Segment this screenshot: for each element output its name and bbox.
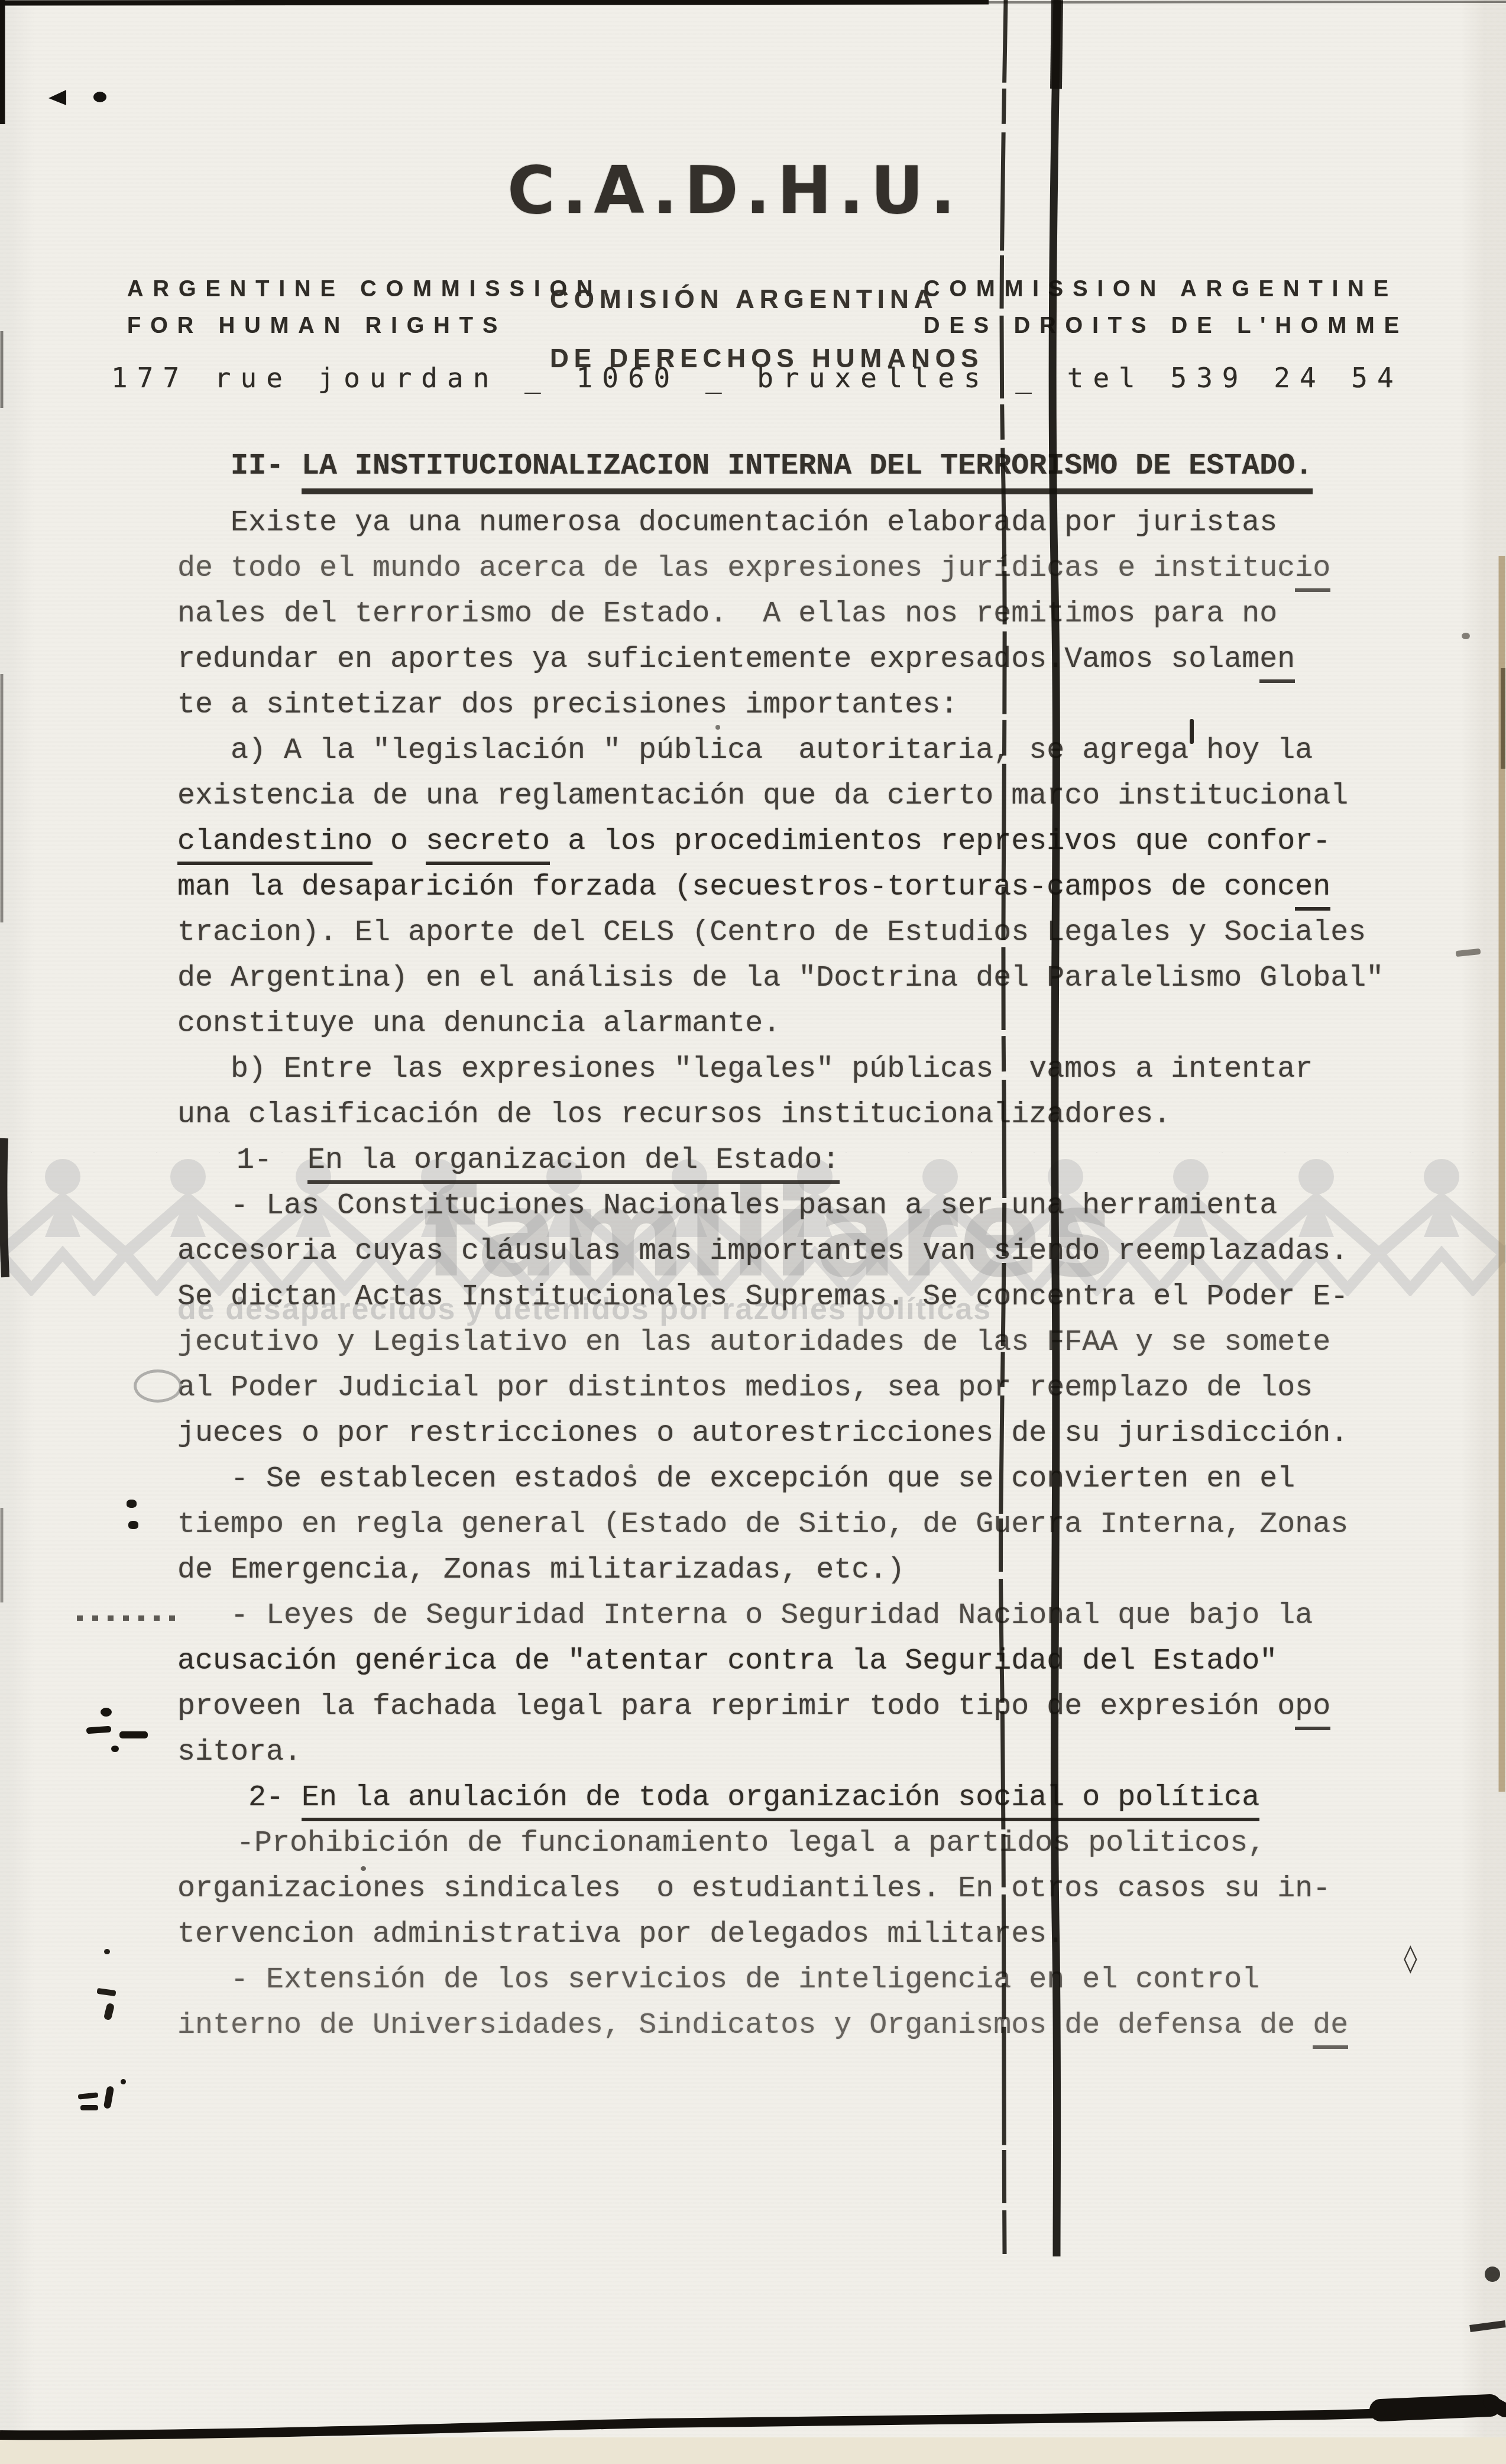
text-segment: de todo el mundo acerca de las expresion… — [177, 552, 1295, 585]
text-line: acusación genérica de "atentar contra la… — [177, 1644, 1277, 1678]
text-line: jueces o por restricciones o autorestric… — [177, 1417, 1348, 1450]
text-line: de todo el mundo acerca de las expresion… — [177, 552, 1330, 585]
text-segment: Se dictan Actas Institucionales Supremas… — [177, 1280, 1348, 1314]
text-segment: organizaciones sindicales o estudiantile… — [177, 1872, 1330, 1906]
text-segment: proveen la fachada legal para reprimir t… — [177, 1690, 1295, 1724]
text-segment: jueces o por restricciones o autorestric… — [177, 1417, 1348, 1450]
text-line: nales del terrorismo de Estado. A ellas … — [177, 597, 1277, 631]
text-line: tiempo en regla general (Estado de Sitio… — [177, 1508, 1348, 1542]
text-line: proveen la fachada legal para reprimir t… — [177, 1690, 1330, 1724]
document-body: II- LA INSTITUCIONALIZACION INTERNA DEL … — [0, 0, 1506, 2464]
underlined-text: En la anulación de toda organización soc… — [302, 1781, 1259, 1821]
text-segment: II- — [231, 449, 302, 483]
text-line: Se dictan Actas Institucionales Supremas… — [177, 1280, 1348, 1314]
text-segment: jecutivo y Legislativo en las autoridade… — [177, 1326, 1330, 1359]
text-segment: Existe ya una numerosa documentación ela… — [231, 506, 1277, 540]
text-segment: tervencion administrativa por delegados … — [177, 1918, 1064, 1951]
text-line: b) Entre las expresiones "legales" públi… — [231, 1053, 1313, 1086]
text-line: sitora. — [177, 1736, 302, 1769]
text-line: al Poder Judicial por distintos medios, … — [177, 1371, 1313, 1405]
text-line: una clasificación de los recursos instit… — [177, 1098, 1171, 1132]
underlined-text: io — [1295, 552, 1330, 592]
text-segment: existencia de una reglamentación que da … — [177, 779, 1348, 813]
underlined-text: en — [1259, 643, 1295, 683]
text-segment: de Emergencia, Zonas militarizadas, etc.… — [177, 1553, 905, 1587]
text-line: clandestino o secreto a los procedimient… — [177, 825, 1330, 859]
text-line: tervencion administrativa por delegados … — [177, 1918, 1064, 1951]
text-segment: interno de Universidades, Sindicatos y O… — [177, 2009, 1313, 2042]
text-line: accesoria cuyas cláusulas mas importante… — [177, 1235, 1348, 1268]
text-line: 1- En la organizacion del Estado: — [237, 1144, 840, 1177]
text-segment: tiempo en regla general (Estado de Sitio… — [177, 1508, 1348, 1542]
text-line: jecutivo y Legislativo en las autoridade… — [177, 1326, 1330, 1359]
text-line: a) A la "legislación " pública autoritar… — [231, 734, 1313, 768]
text-line: - Leyes de Seguridad Interna o Seguridad… — [231, 1599, 1313, 1633]
text-line: - Se establecen estados de excepción que… — [231, 1462, 1295, 1496]
text-line: constituye una denuncia alarmante. — [177, 1007, 780, 1041]
text-line: tracion). El aporte del CELS (Centro de … — [177, 916, 1366, 950]
text-segment: redundar en aportes ya suficientemente e… — [177, 643, 1259, 676]
underlined-text: po — [1295, 1690, 1330, 1730]
text-segment: -Prohibición de funcionamiento legal a p… — [237, 1827, 1265, 1860]
text-segment: man la desaparición forzada (secuestros-… — [177, 870, 1295, 904]
text-line: Existe ya una numerosa documentación ela… — [231, 506, 1277, 540]
text-line: de Argentina) en el análisis de la "Doct… — [177, 961, 1384, 995]
underlined-text: En la organizacion del Estado: — [307, 1144, 840, 1184]
text-line: - Extensión de los servicios de intelige… — [231, 1963, 1259, 1997]
text-segment: - Leyes de Seguridad Interna o Seguridad… — [231, 1599, 1313, 1633]
text-segment: nales del terrorismo de Estado. A ellas … — [177, 597, 1277, 631]
underlined-text: LA INSTITUCIONALIZACION INTERNA DEL TERR… — [302, 449, 1313, 494]
text-segment: - Se establecen estados de excepción que… — [231, 1462, 1295, 1496]
text-line: - Las Constituciones Nacionales pasan a … — [231, 1189, 1277, 1223]
text-segment: - Las Constituciones Nacionales pasan a … — [231, 1189, 1277, 1223]
text-line: man la desaparición forzada (secuestros-… — [177, 870, 1330, 904]
scanned-document-page: familiares de desaparecidos y detenidos … — [0, 0, 1506, 2464]
text-line: existencia de una reglamentación que da … — [177, 779, 1348, 813]
text-line: -Prohibición de funcionamiento legal a p… — [237, 1827, 1265, 1860]
underlined-text: secreto — [426, 825, 550, 865]
text-segment: 1- — [237, 1144, 307, 1177]
text-segment: 2- — [248, 1781, 302, 1815]
text-segment: de Argentina) en el análisis de la "Doct… — [177, 961, 1384, 995]
text-segment: b) Entre las expresiones "legales" públi… — [231, 1053, 1313, 1086]
text-segment: a) A la "legislación " pública autoritar… — [231, 734, 1313, 768]
text-segment: tracion). El aporte del CELS (Centro de … — [177, 916, 1366, 950]
text-segment: accesoria cuyas cláusulas mas importante… — [177, 1235, 1348, 1268]
text-segment: al Poder Judicial por distintos medios, … — [177, 1371, 1313, 1405]
underlined-text: clandestino — [177, 825, 373, 865]
text-segment: o — [373, 825, 426, 859]
underlined-text: de — [1313, 2009, 1348, 2049]
text-segment: a los procedimientos represivos que conf… — [550, 825, 1330, 859]
text-line: organizaciones sindicales o estudiantile… — [177, 1872, 1330, 1906]
text-line: 2- En la anulación de toda organización … — [248, 1781, 1259, 1815]
text-line: de Emergencia, Zonas militarizadas, etc.… — [177, 1553, 905, 1587]
text-segment: una clasificación de los recursos instit… — [177, 1098, 1171, 1132]
text-line: redundar en aportes ya suficientemente e… — [177, 643, 1295, 676]
text-segment: te a sintetizar dos precisiones importan… — [177, 688, 958, 722]
text-segment: acusación genérica de "atentar contra la… — [177, 1644, 1277, 1678]
section-title: II- LA INSTITUCIONALIZACION INTERNA DEL … — [231, 449, 1313, 483]
text-segment: constituye una denuncia alarmante. — [177, 1007, 780, 1041]
text-line: te a sintetizar dos precisiones importan… — [177, 688, 958, 722]
text-line: interno de Universidades, Sindicatos y O… — [177, 2009, 1348, 2042]
underlined-text: en — [1295, 870, 1330, 911]
text-segment: - Extensión de los servicios de intelige… — [231, 1963, 1259, 1997]
text-segment: sitora. — [177, 1736, 302, 1769]
